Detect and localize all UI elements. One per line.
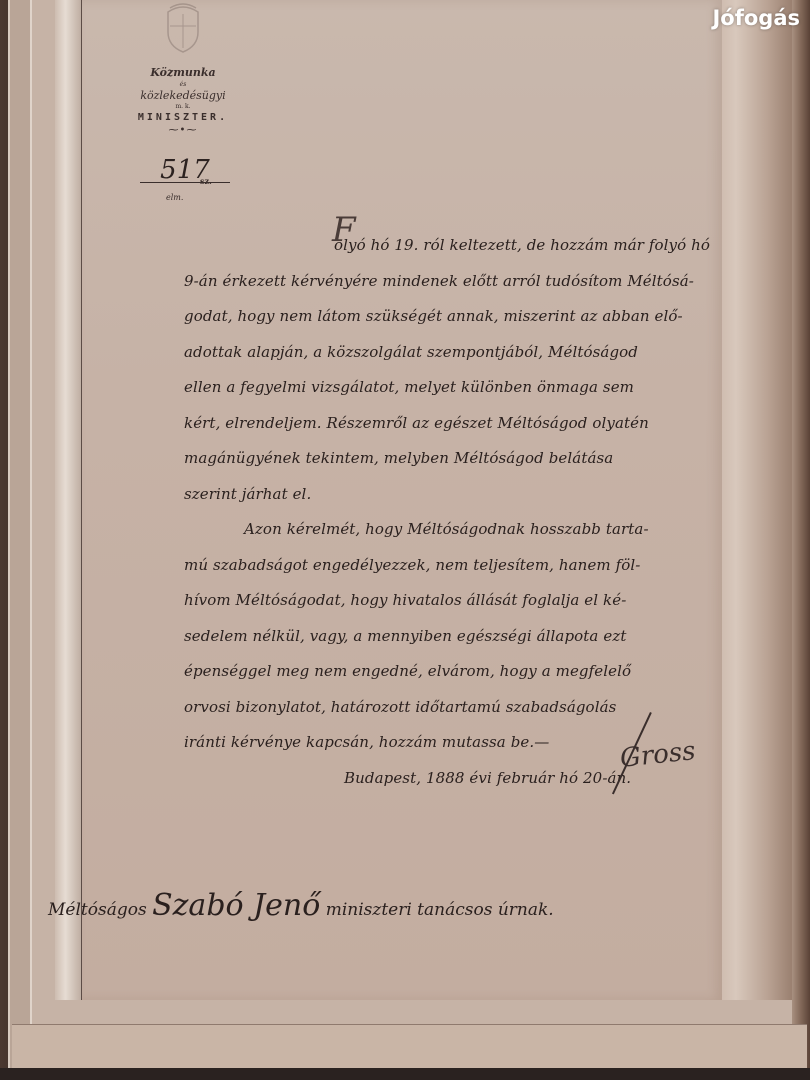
paragraph-2: Azon kérelmét, hogy Méltóságodnak hossza… bbox=[184, 512, 724, 761]
text-line: olyó hó 19. ról keltezett, de hozzám már… bbox=[184, 228, 724, 264]
text-line: 9-án érkezett kérvényére mindenek előtt … bbox=[184, 264, 724, 300]
text-line: Azon kérelmét, hogy Méltóságodnak hossza… bbox=[184, 512, 724, 548]
coat-of-arms-icon bbox=[162, 2, 204, 54]
text-line: épenséggel meg nem engedné, elvárom, hog… bbox=[184, 654, 724, 690]
ministry-and: és bbox=[118, 81, 248, 88]
letter-body: olyó hó 19. ról keltezett, de hozzám már… bbox=[184, 228, 724, 796]
minister-title: MINISZTER. bbox=[118, 112, 248, 123]
text-line: mú szabadságot engedélyezzek, nem teljes… bbox=[184, 548, 724, 584]
ministry-name: Közmunka bbox=[118, 66, 248, 79]
ministry-mk: m. k. bbox=[118, 103, 248, 110]
reference-sub: elm. bbox=[166, 193, 183, 202]
addressee-line: Méltóságos Szabó Jenő miniszteri tanácso… bbox=[48, 888, 708, 923]
right-page-stack bbox=[712, 0, 792, 1000]
background-bottom bbox=[0, 1068, 810, 1080]
text-line: kért, elrendeljem. Részemről az egészet … bbox=[184, 406, 724, 442]
reference-suffix: sz. bbox=[200, 176, 212, 186]
addressee-name: Szabó Jenő bbox=[152, 888, 320, 923]
background-right bbox=[792, 0, 810, 1080]
page-stack-edge bbox=[55, 0, 82, 1000]
jofogas-watermark-logo: Jófogás bbox=[712, 6, 800, 30]
text-line: godat, hogy nem látom szükségét annak, m… bbox=[184, 299, 724, 335]
text-line: sedelem nélkül, vagy, a mennyiben egészs… bbox=[184, 619, 724, 655]
ministry-name-2: közlekedésügyi bbox=[118, 89, 248, 102]
text-line: adottak alapján, a közszolgálat szempont… bbox=[184, 335, 724, 371]
addressee-suffix: miniszteri tanácsos úrnak. bbox=[326, 900, 554, 920]
text-line: magánügyének tekintem, melyben Méltóságo… bbox=[184, 441, 724, 477]
reference-number: 517 bbox=[140, 158, 230, 183]
text-line: szerint járhat el. bbox=[184, 477, 724, 513]
text-line: hívom Méltóságodat, hogy hivatalos állás… bbox=[184, 583, 724, 619]
text-line: ellen a fegyelmi vizsgálatot, melyet kül… bbox=[184, 370, 724, 406]
text-line: orvosi bizonylatot, határozott időtartam… bbox=[184, 690, 724, 726]
letterhead: Közmunka és közlekedésügyi m. k. MINISZT… bbox=[118, 0, 248, 136]
paragraph-1: olyó hó 19. ról keltezett, de hozzám már… bbox=[184, 228, 724, 512]
bottom-flap bbox=[12, 1024, 807, 1071]
addressee-prefix: Méltóságos bbox=[48, 900, 147, 920]
ornament-divider: ⁓•⁓ bbox=[118, 125, 248, 136]
